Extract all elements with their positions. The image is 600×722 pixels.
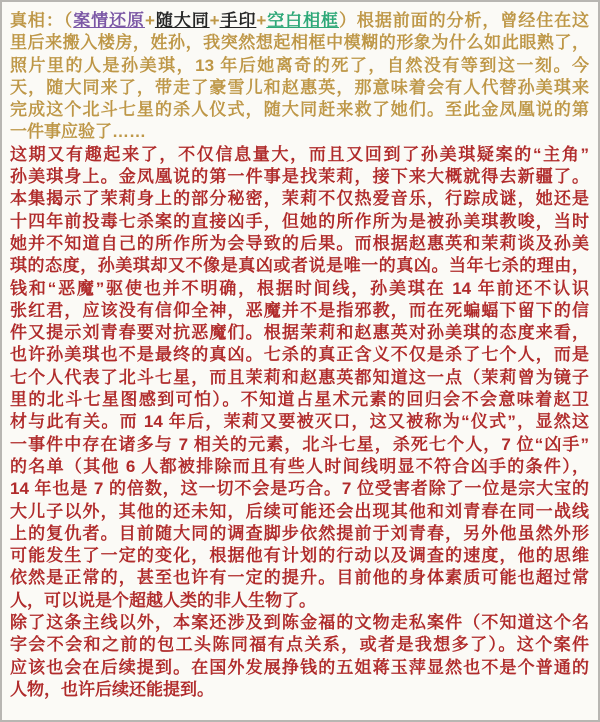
text-line: 照片里的人是孙美琪，13 年后她离奇的死了，自然没有等到这一刻。今	[10, 55, 589, 77]
text-line: 本集揭示了茉莉身上的部分秘密，茉莉不仅热爱音乐，行踪成谜，她还是	[10, 188, 589, 210]
link-sui-datong[interactable]: 随大同	[155, 11, 210, 30]
text-line: 十四年前投毒七杀案的直接凶手，但她的所作所为是被孙美琪教唆，当时	[10, 211, 589, 233]
text-line: 孙美琪身上。金凤凰说的第一件事是找茉莉，接下来大概就得去新疆了。	[10, 166, 589, 188]
post-content: 真相：（案情还原+随大同+手印+空白相框）根据前面的分析，曾经住在这 里后来搬入…	[2, 2, 598, 701]
text-line: 琪的态度，孙美琪却又不像是真凶或者说是唯一的真凶。当年七杀的理由，	[10, 255, 589, 277]
text-line: 14 年也是 7 的倍数，这一切不会是巧合。7 位受害者除了一位是宗大宝的	[10, 478, 589, 500]
text-line: 依然是正常的，甚至也许有一定的提升。目前他的身体素质可能也超过常	[10, 567, 589, 589]
link-blank-photo-frame[interactable]: 空白相框	[266, 11, 339, 30]
text-line: 一件事应验了……	[10, 121, 589, 143]
intro-prefix: 真相：（	[10, 11, 73, 30]
analysis-paragraph: 这期又有趣起来了，不仅信息量大，而且又回到了孙美琪疑案的“主角” 孙美琪身上。金…	[10, 144, 589, 612]
text-line: 可能发生了一定的变化，根据他有计划的行动以及调查的速度，他的思维	[10, 545, 589, 567]
text-line: 七个人代表了北斗七星，而且茉莉和赵惠英都知道这一点（茉莉曾为镜子	[10, 367, 589, 389]
text-line: 她并不知道自己的所作所为会导致的后果。而根据赵惠英和茉莉谈及孙美	[10, 233, 589, 255]
text-line: 一事件中存在诸多与 7 相关的元素，北斗七星，杀死七个人，7 位“凶手”	[10, 434, 589, 456]
text-line: 完成这个北斗七星的杀人仪式，随大同赶来救了她们。至此金凤凰说的第	[10, 99, 589, 121]
plus-separator: +	[256, 11, 266, 30]
text-line: 应该也会在后续提到。在国外发展挣钱的五姐蒋玉萍显然也不是个普通的	[10, 657, 589, 679]
text-line: 钱和“恶魔”驱使也并不明确，根据时间线，孙美琪在 14 年前还不认识	[10, 278, 589, 300]
text-line: 也许孙美琪也不是最终的真凶。七杀的真正含义不仅是杀了七个人，而是	[10, 344, 589, 366]
text-line: 真相：（案情还原+随大同+手印+空白相框）根据前面的分析，曾经住在这	[10, 10, 589, 32]
text-line: 字会不会和之前的包工头陈同福有点关系，或者是我想多了）。这个案件	[10, 634, 589, 656]
text-line: 上的复仇者。目前随大同的调查脚步依然提前于刘青春，另外他虽然外形	[10, 523, 589, 545]
text-line: 这期又有趣起来了，不仅信息量大，而且又回到了孙美琪疑案的“主角”	[10, 144, 589, 166]
text-line: 除了这条主线以外，本案还涉及到陈金福的文物走私案件（不知道这个名	[10, 612, 589, 634]
closing-paragraph: 除了这条主线以外，本案还涉及到陈金福的文物走私案件（不知道这个名 字会不会和之前…	[10, 612, 589, 701]
text-line: 里的北斗七星图感到可怕）。不知道占星术元素的回归会不会意味着赵卫	[10, 389, 589, 411]
text-line: 材与此有关。而 14 年后，茉莉又要被灭口，这又被称为“仪式”，显然这	[10, 411, 589, 433]
text-line: 人，可以说是个超越人类的非人生物了。	[10, 590, 589, 612]
text-line: 人物，也许后续还能提到。	[10, 679, 589, 701]
intro-paragraph: 真相：（案情还原+随大同+手印+空白相框）根据前面的分析，曾经住在这 里后来搬入…	[10, 10, 589, 144]
text-line: 里后来搬入楼房，姓孙，我突然想起相框中模糊的形象为什么如此眼熟了，	[10, 32, 589, 54]
intro-suffix: ）根据前面的分析，曾经住在这	[339, 11, 589, 30]
plus-separator: +	[210, 11, 220, 30]
text-line: 天，随大同来了，带走了豪雪儿和赵惠英，那意味着会有人代替孙美琪来	[10, 77, 589, 99]
plus-separator: +	[145, 11, 155, 30]
link-case-restoration[interactable]: 案情还原	[73, 11, 145, 30]
text-line: 张红君，应该没有信仰全神，恶魔并不是指邪教，而在死蝙蝠下留下的信	[10, 300, 589, 322]
text-line: 件又提示刘青春要对抗恶魔们。根据茉莉和赵惠英对孙美琪的态度来看，	[10, 322, 589, 344]
text-line: 的名单（其他 6 人都被排除而且有些人时间线明显不符合凶手的条件），	[10, 456, 589, 478]
text-line: 大儿子以外，其他的还未知，后续可能还会出现其他和刘青春在同一战线	[10, 501, 589, 523]
link-handprint[interactable]: 手印	[220, 11, 257, 30]
